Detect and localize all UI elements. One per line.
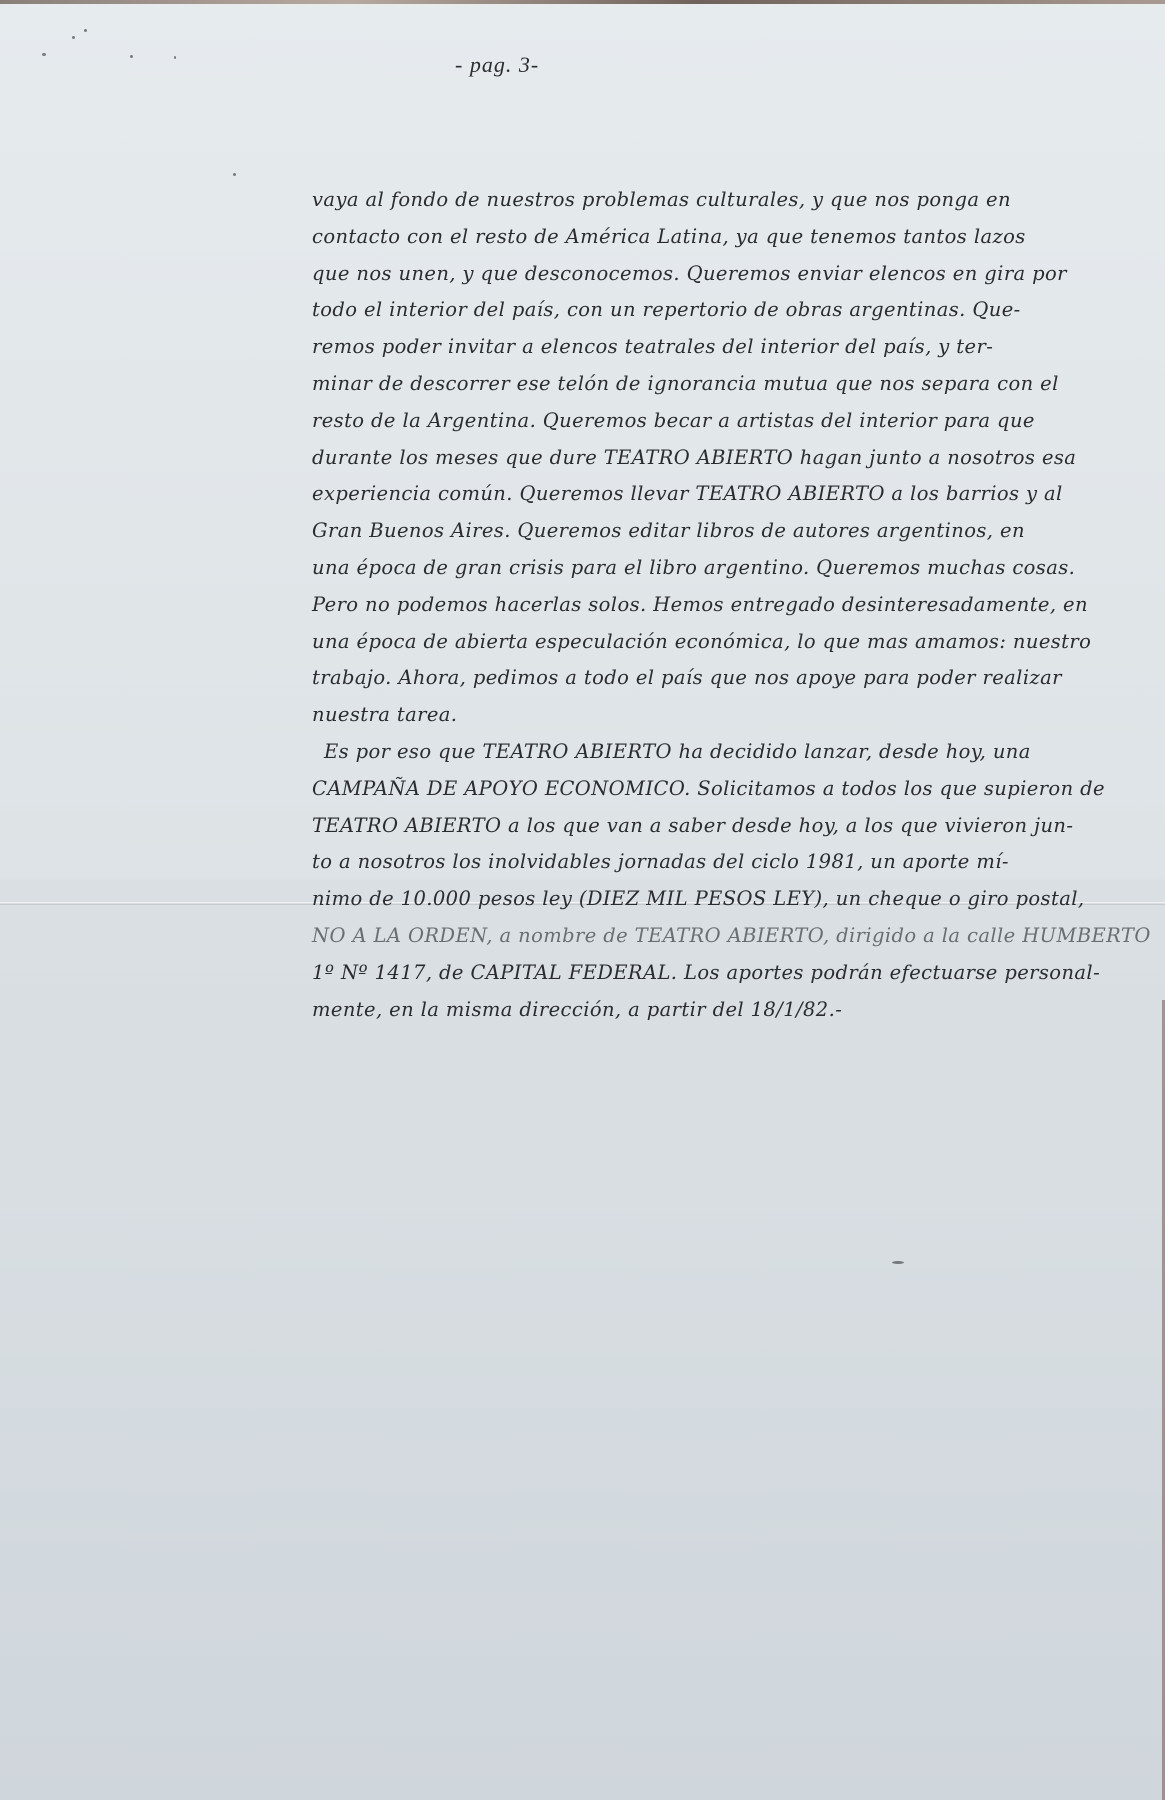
page-number: - pag. 3-: [455, 52, 539, 78]
ink-speck: [42, 53, 46, 56]
paper-sheet: - pag. 3- vaya al fondo de nuestros prob…: [0, 0, 1165, 1800]
paragraph: Es por eso que TEATRO ABIERTO ha decidid…: [312, 734, 1102, 1028]
text-line: que nos unen, y que desconocemos. Querem…: [312, 256, 1102, 293]
paper-top-edge: [0, 0, 1165, 4]
text-line: mente, en la misma dirección, a partir d…: [312, 992, 1102, 1029]
ink-speck: [174, 56, 176, 59]
text-line: contacto con el resto de América Latina,…: [312, 219, 1102, 256]
text-line: remos poder invitar a elencos teatrales …: [312, 329, 1102, 366]
ink-speck: [892, 1261, 904, 1264]
paragraph: vaya al fondo de nuestros problemas cult…: [312, 182, 1102, 734]
text-line: 1º Nº 1417, de CAPITAL FEDERAL. Los apor…: [312, 955, 1102, 992]
text-line: NO A LA ORDEN, a nombre de TEATRO ABIERT…: [312, 918, 1102, 955]
text-line: minar de descorrer ese telón de ignoranc…: [312, 366, 1102, 403]
text-line: trabajo. Ahora, pedimos a todo el país q…: [312, 660, 1102, 697]
document-body: vaya al fondo de nuestros problemas cult…: [312, 182, 1102, 1028]
text-line: durante los meses que dure TEATRO ABIERT…: [312, 440, 1102, 477]
text-line: todo el interior del país, con un repert…: [312, 292, 1102, 329]
text-line: TEATRO ABIERTO a los que van a saber des…: [312, 808, 1102, 845]
text-line: nimo de 10.000 pesos ley (DIEZ MIL PESOS…: [312, 881, 1102, 918]
ink-speck: [72, 36, 75, 39]
text-line: experiencia común. Queremos llevar TEATR…: [312, 476, 1102, 513]
ink-speck: [233, 173, 236, 176]
ink-speck: [130, 55, 133, 58]
text-line: una época de gran crisis para el libro a…: [312, 550, 1102, 587]
text-line: una época de abierta especulación económ…: [312, 624, 1102, 661]
ink-speck: [84, 29, 87, 32]
text-line: nuestra tarea.: [312, 697, 1102, 734]
text-line: Pero no podemos hacerlas solos. Hemos en…: [312, 587, 1102, 624]
text-line: Gran Buenos Aires. Queremos editar libro…: [312, 513, 1102, 550]
text-line: to a nosotros los inolvidables jornadas …: [312, 844, 1102, 881]
text-line: CAMPAÑA DE APOYO ECONOMICO. Solicitamos …: [312, 771, 1102, 808]
text-line: resto de la Argentina. Queremos becar a …: [312, 403, 1102, 440]
text-line: Es por eso que TEATRO ABIERTO ha decidid…: [312, 734, 1102, 771]
paragraph-container: vaya al fondo de nuestros problemas cult…: [312, 182, 1102, 1028]
text-line: vaya al fondo de nuestros problemas cult…: [312, 182, 1102, 219]
